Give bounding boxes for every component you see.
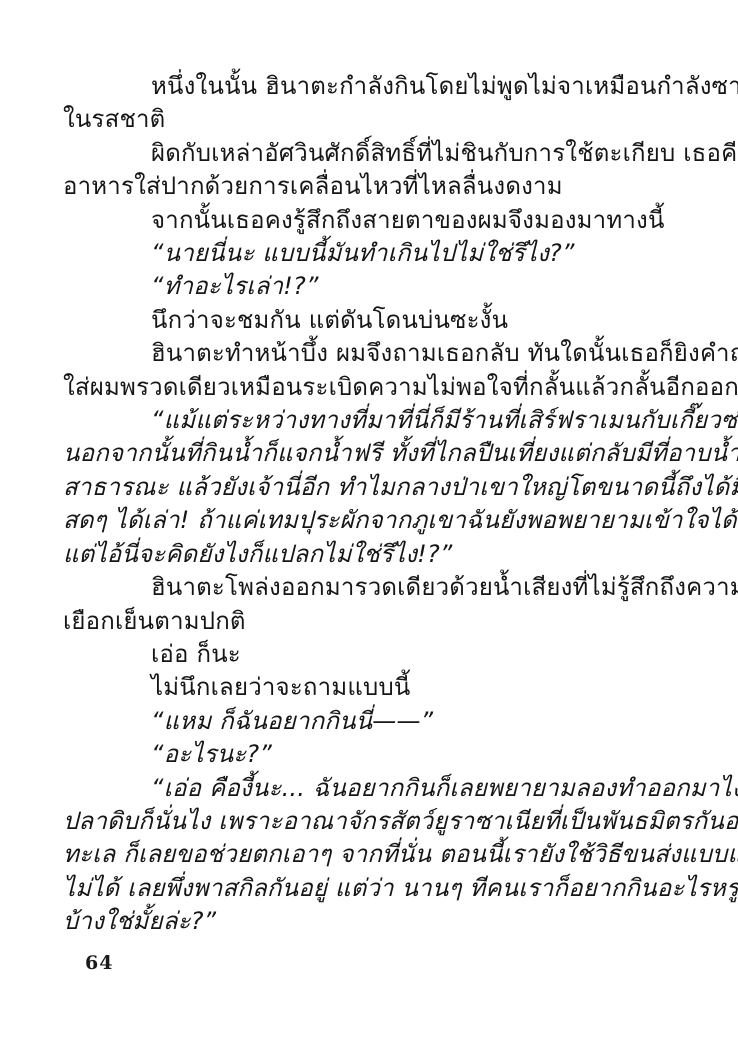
paragraph: จากนั้นเธอคงรู้สึกถึงสายตาของผมจึงมองมาท… (63, 204, 679, 237)
text-line: หนึ่งในนั้น ฮินาตะกำลังกินโดยไม่พูดไม่จา… (63, 70, 679, 103)
text-line: เยือกเย็นตามปกติ (63, 605, 679, 638)
text-line: ในรสชาติ (63, 103, 679, 136)
text-line: สาธารณะ แล้วยังเจ้านี่อีก ทำไมกลางป่าเขา… (63, 471, 679, 504)
paragraph: “ทำอะไรเล่า!?” (63, 270, 679, 303)
paragraph: ฮินาตะทำหน้าบึ้ง ผมจึงถามเธอกลับ ทันใดนั… (63, 337, 679, 404)
paragraph: นึกว่าจะชมกัน แต่ดันโดนบ่นซะงั้น (63, 304, 679, 337)
text-line: ไม่ได้ เลยพึ่งพาสกิลกันอยู่ แต่ว่า นานๆ … (63, 872, 679, 905)
text-line: “เอ่อ คืองี้นะ... ฉันอยากกินก็เลยพยายามล… (63, 772, 679, 805)
text-line: นึกว่าจะชมกัน แต่ดันโดนบ่นซะงั้น (63, 304, 679, 337)
text-line: “นายนี่นะ แบบนี้มันทำเกินไปไม่ใช่รึไง?” (63, 237, 679, 270)
text-line: ทะเล ก็เลยขอช่วยตกเอาๆ จากที่นั่น ตอนนี้… (63, 838, 679, 871)
paragraph: “แหม ก็ฉันอยากกินนี่——” (63, 705, 679, 738)
paragraph: ไม่นึกเลยว่าจะถามแบบนี้ (63, 671, 679, 704)
text-line: “ทำอะไรเล่า!?” (63, 270, 679, 303)
text-line: “แม้แต่ระหว่างทางที่มาที่นี่ก็มีร้านที่เ… (63, 404, 679, 437)
text-line: อาหารใส่ปากด้วยการเคลื่อนไหวที่ไหลลื่นงด… (63, 170, 679, 203)
paragraph: เอ่อ ก็นะ (63, 638, 679, 671)
text-line: ผิดกับเหล่าอัศวินศักดิ์สิทธิ์ที่ไม่ชินกั… (63, 137, 679, 170)
page-number: 64 (85, 952, 113, 974)
text-line: นอกจากนั้นที่กินน้ำก็แจกน้ำฟรี ทั้งที่ไก… (63, 437, 679, 470)
paragraph: “นายนี่นะ แบบนี้มันทำเกินไปไม่ใช่รึไง?” (63, 237, 679, 270)
text-line: ฮินาตะโพล่งออกมารวดเดียวด้วยน้ำเสียงที่ไ… (63, 571, 679, 604)
paragraph: “เอ่อ คืองี้นะ... ฉันอยากกินก็เลยพยายามล… (63, 772, 679, 939)
text-line: แต่ไอ้นี่จะคิดยังไงก็แปลกไม่ใช่รึไง!?” (63, 538, 679, 571)
text-line: ไม่นึกเลยว่าจะถามแบบนี้ (63, 671, 679, 704)
text-line: บ้างใช่มั้ยล่ะ?” (63, 905, 679, 938)
text-line: เอ่อ ก็นะ (63, 638, 679, 671)
text-line: ฮินาตะทำหน้าบึ้ง ผมจึงถามเธอกลับ ทันใดนั… (63, 337, 679, 370)
text-line: “อะไรนะ?” (63, 738, 679, 771)
paragraph: “แม้แต่ระหว่างทางที่มาที่นี่ก็มีร้านที่เ… (63, 404, 679, 571)
text-block: หนึ่งในนั้น ฮินาตะกำลังกินโดยไม่พูดไม่จา… (63, 70, 679, 939)
paragraph: ฮินาตะโพล่งออกมารวดเดียวด้วยน้ำเสียงที่ไ… (63, 571, 679, 638)
paragraph: หนึ่งในนั้น ฮินาตะกำลังกินโดยไม่พูดไม่จา… (63, 70, 679, 137)
text-line: ใส่ผมพรวดเดียวเหมือนระเบิดความไม่พอใจที่… (63, 371, 679, 404)
text-line: “แหม ก็ฉันอยากกินนี่——” (63, 705, 679, 738)
text-line: สดๆ ได้เล่า! ถ้าแค่เทมปุระผักจากภูเขาฉัน… (63, 504, 679, 537)
book-page: หนึ่งในนั้น ฮินาตะกำลังกินโดยไม่พูดไม่จา… (0, 0, 738, 1051)
text-line: จากนั้นเธอคงรู้สึกถึงสายตาของผมจึงมองมาท… (63, 204, 679, 237)
paragraph: “อะไรนะ?” (63, 738, 679, 771)
text-line: ปลาดิบก็นั่นไง เพราะอาณาจักรสัตว์ยูราซาเ… (63, 805, 679, 838)
paragraph: ผิดกับเหล่าอัศวินศักดิ์สิทธิ์ที่ไม่ชินกั… (63, 137, 679, 204)
